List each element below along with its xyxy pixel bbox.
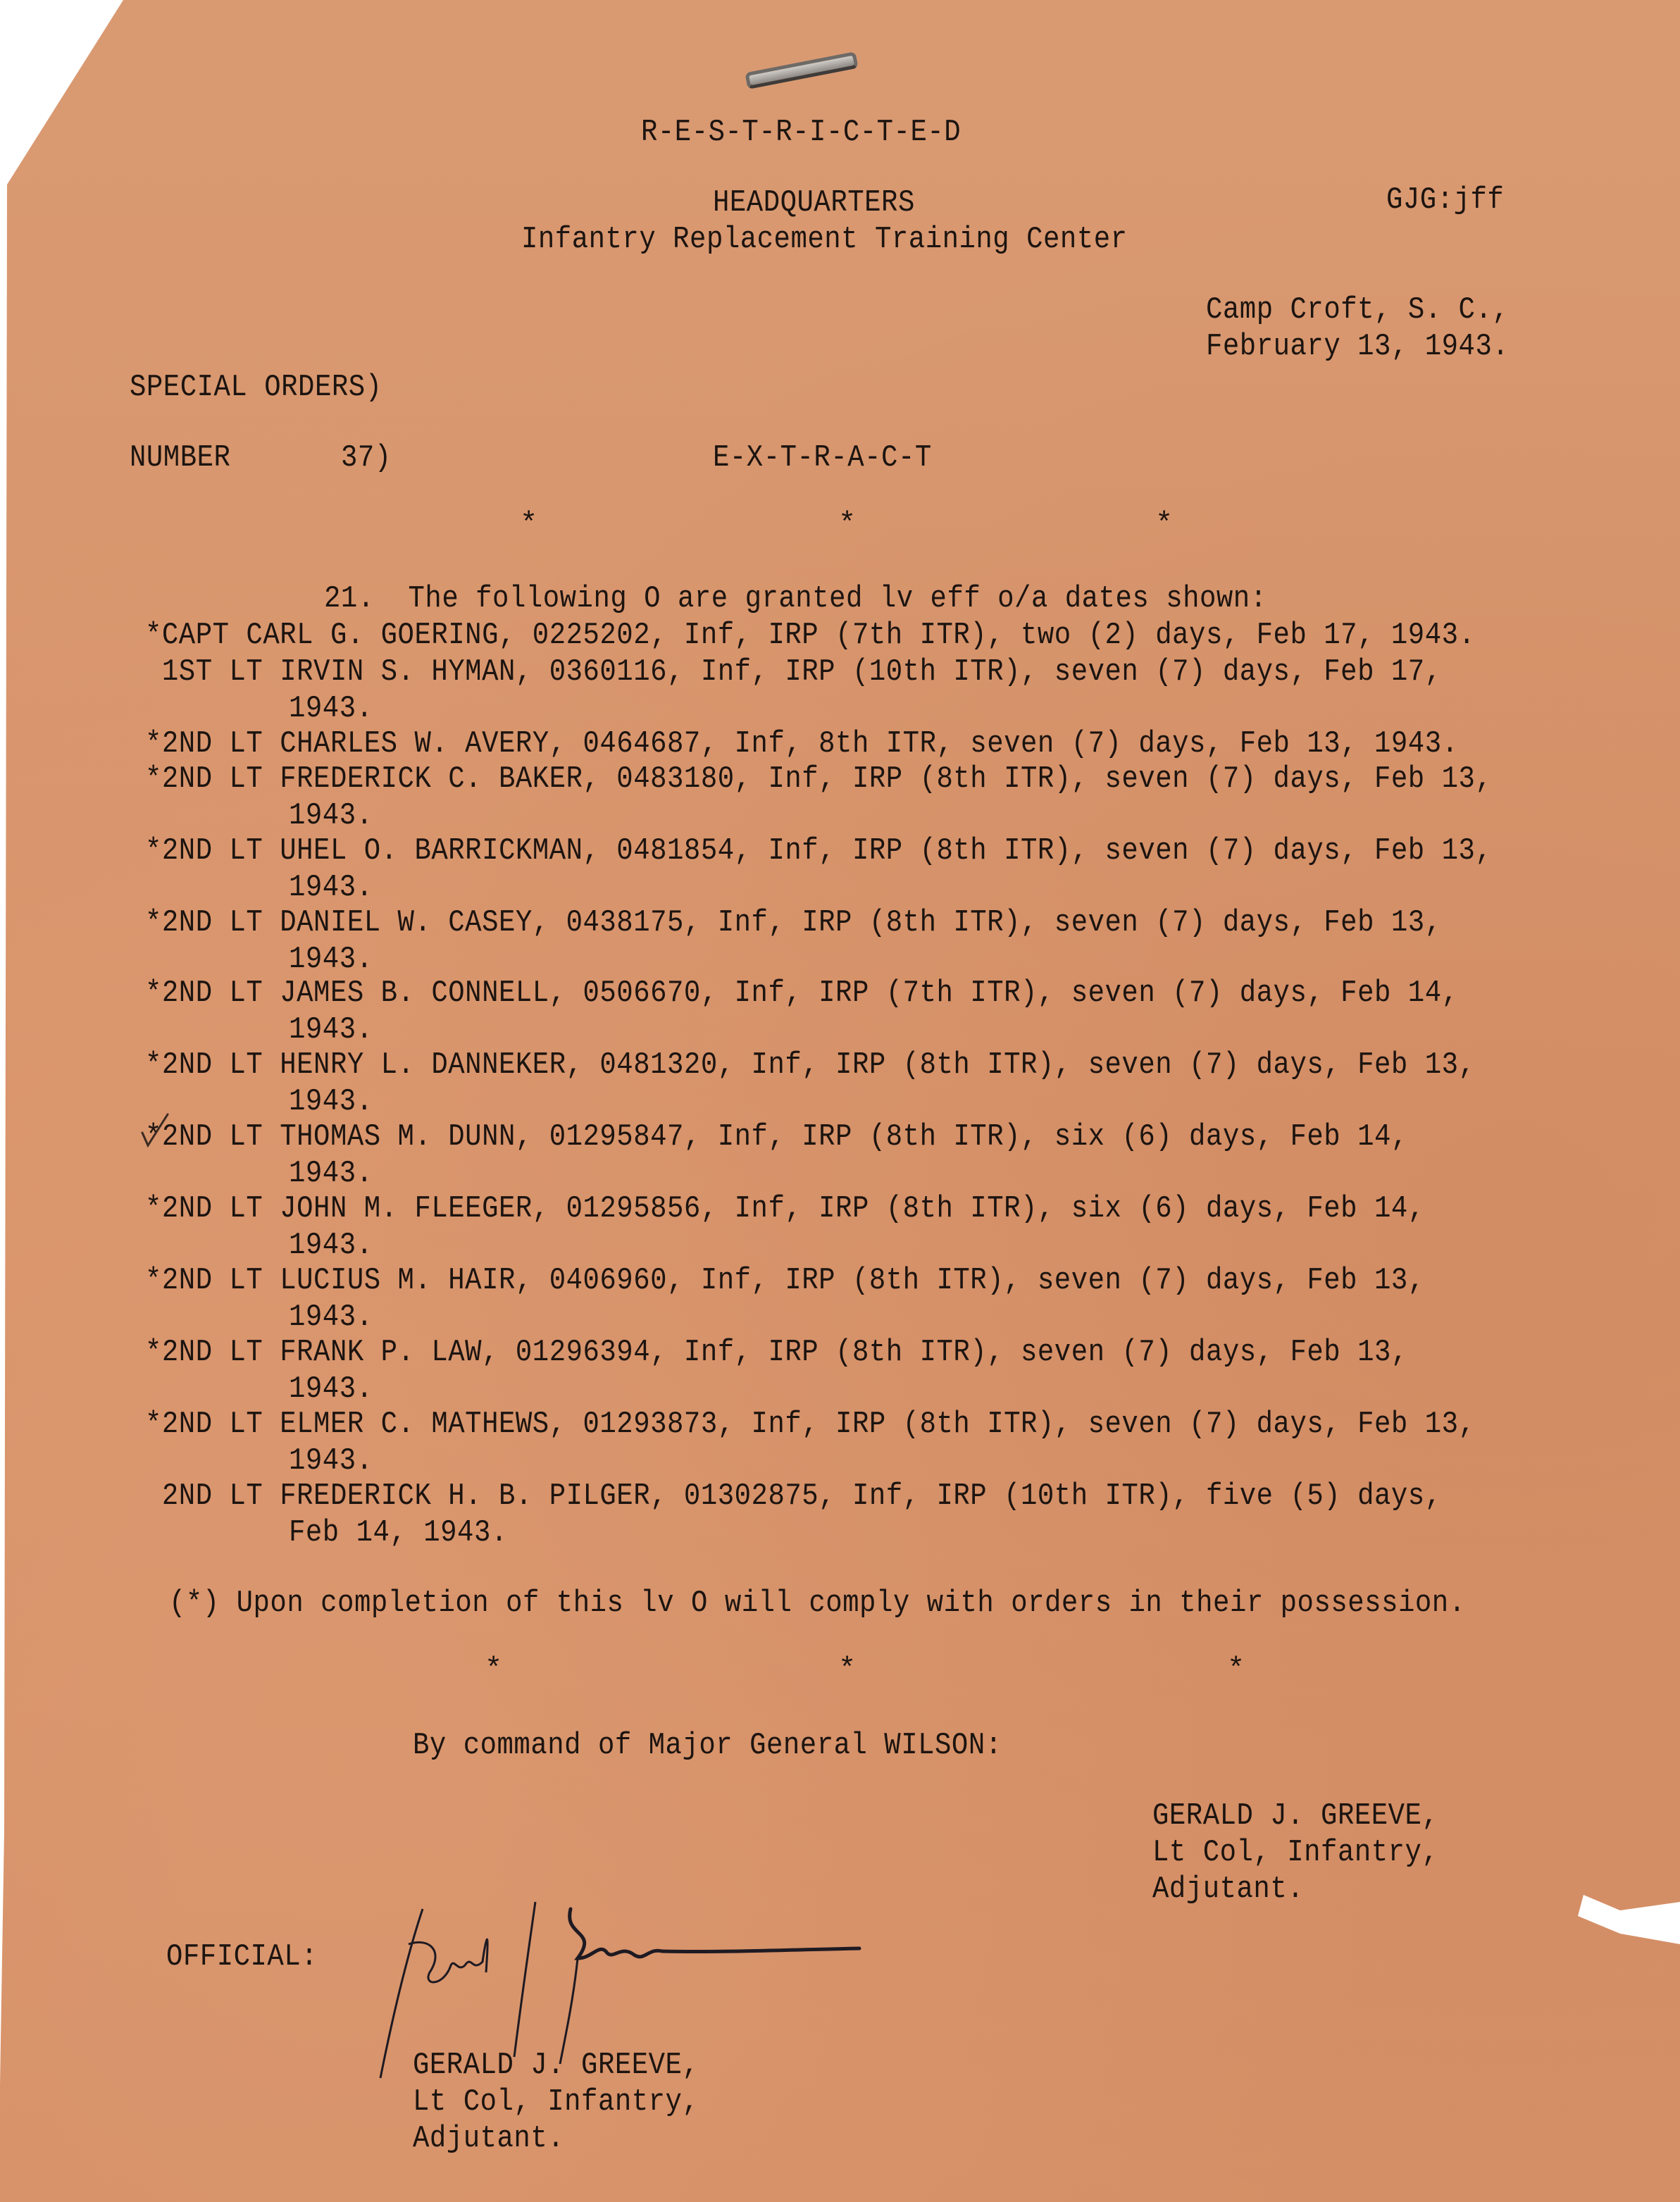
officer-entry: *2ND LT JAMES B. CONNELL, 0506670, Inf, …: [145, 975, 1459, 1012]
officer-entry: 2ND LT FREDERICK H. B. PILGER, 01302875,…: [145, 1478, 1442, 1514]
paragraph-intro: 21. The following O are granted lv eff o…: [324, 580, 1267, 617]
officer-entry-continuation: 1943.: [289, 1443, 373, 1479]
officer-entry: *2ND LT FRANK P. LAW, 01296394, Inf, IRP…: [145, 1334, 1408, 1371]
officer-entry-continuation: 1943.: [289, 1299, 373, 1336]
separator-star: *: [838, 507, 856, 541]
officer-entry: *2ND LT DANIEL W. CASEY, 0438175, Inf, I…: [145, 904, 1442, 941]
separator-star: *: [1155, 507, 1173, 541]
officer-entry: *2ND LT JOHN M. FLEEGER, 01295856, Inf, …: [145, 1190, 1425, 1227]
officer-entry: *2ND LT LUCIUS M. HAIR, 0406960, Inf, IR…: [145, 1262, 1425, 1299]
separator-star: *: [838, 1653, 856, 1686]
officer-entry-continuation: 1943.: [289, 797, 373, 834]
separator-star: *: [485, 1653, 502, 1686]
officer-entry-continuation: 1943.: [289, 1227, 373, 1264]
footnote: (*) Upon completion of this lv O will co…: [169, 1585, 1466, 1622]
officer-entry-continuation: 1943.: [289, 941, 373, 978]
officer-entry: *2ND LT FREDERICK C. BAKER, 0483180, Inf…: [145, 761, 1492, 797]
date-line: February 13, 1943.: [1206, 328, 1509, 365]
officer-entry-continuation: 1943.: [289, 1083, 373, 1120]
officer-entry-continuation: 1943.: [289, 690, 373, 727]
officer-entry-continuation: 1943.: [289, 1155, 373, 1192]
signer-name: GERALD J. GREEVE,: [1152, 1798, 1438, 1834]
handwritten-check-icon: [139, 1112, 170, 1148]
extract-label: E-X-T-R-A-C-T: [713, 440, 932, 476]
command-line: By command of Major General WILSON:: [413, 1727, 1002, 1764]
official-title: Adjutant.: [413, 2120, 564, 2157]
number-value: 37): [341, 440, 392, 476]
location-line: Camp Croft, S. C.,: [1206, 292, 1509, 328]
official-name: GERALD J. GREEVE,: [413, 2047, 699, 2084]
separator-star: *: [520, 507, 537, 541]
officer-entry: *CAPT CARL G. GOERING, 0225202, Inf, IRP…: [145, 617, 1475, 654]
officer-entry: *2ND LT UHEL O. BARRICKMAN, 0481854, Inf…: [145, 833, 1492, 869]
officer-entry: *2ND LT HENRY L. DANNEKER, 0481320, Inf,…: [145, 1047, 1475, 1083]
officer-entry-continuation: 1943.: [289, 1371, 373, 1407]
special-orders-label: SPECIAL ORDERS): [130, 369, 382, 406]
separator-star: *: [1227, 1653, 1245, 1686]
signer-rank: Lt Col, Infantry,: [1152, 1834, 1438, 1871]
officer-entry: *2ND LT THOMAS M. DUNN, 01295847, Inf, I…: [145, 1119, 1408, 1155]
official-rank: Lt Col, Infantry,: [413, 2084, 699, 2120]
officer-entry: 1ST LT IRVIN S. HYMAN, 0360116, Inf, IRP…: [145, 654, 1442, 690]
officer-entry-continuation: Feb 14, 1943.: [289, 1514, 508, 1551]
officer-entry-continuation: 1943.: [289, 1012, 373, 1048]
signer-title: Adjutant.: [1152, 1871, 1304, 1908]
headquarters-subtitle: Infantry Replacement Training Center: [521, 221, 1128, 258]
officer-entry-continuation: 1943.: [289, 869, 373, 906]
number-label: NUMBER: [130, 440, 230, 476]
officer-entry: *2ND LT ELMER C. MATHEWS, 01293873, Inf,…: [145, 1406, 1475, 1443]
classification-marking: R-E-S-T-R-I-C-T-E-D: [641, 114, 961, 151]
headquarters-title: HEADQUARTERS: [713, 185, 915, 221]
officer-entry: *2ND LT CHARLES W. AVERY, 0464687, Inf, …: [145, 726, 1459, 762]
reference-initials: GJG:jff: [1386, 182, 1504, 218]
official-label: OFFICIAL:: [166, 1939, 318, 1975]
